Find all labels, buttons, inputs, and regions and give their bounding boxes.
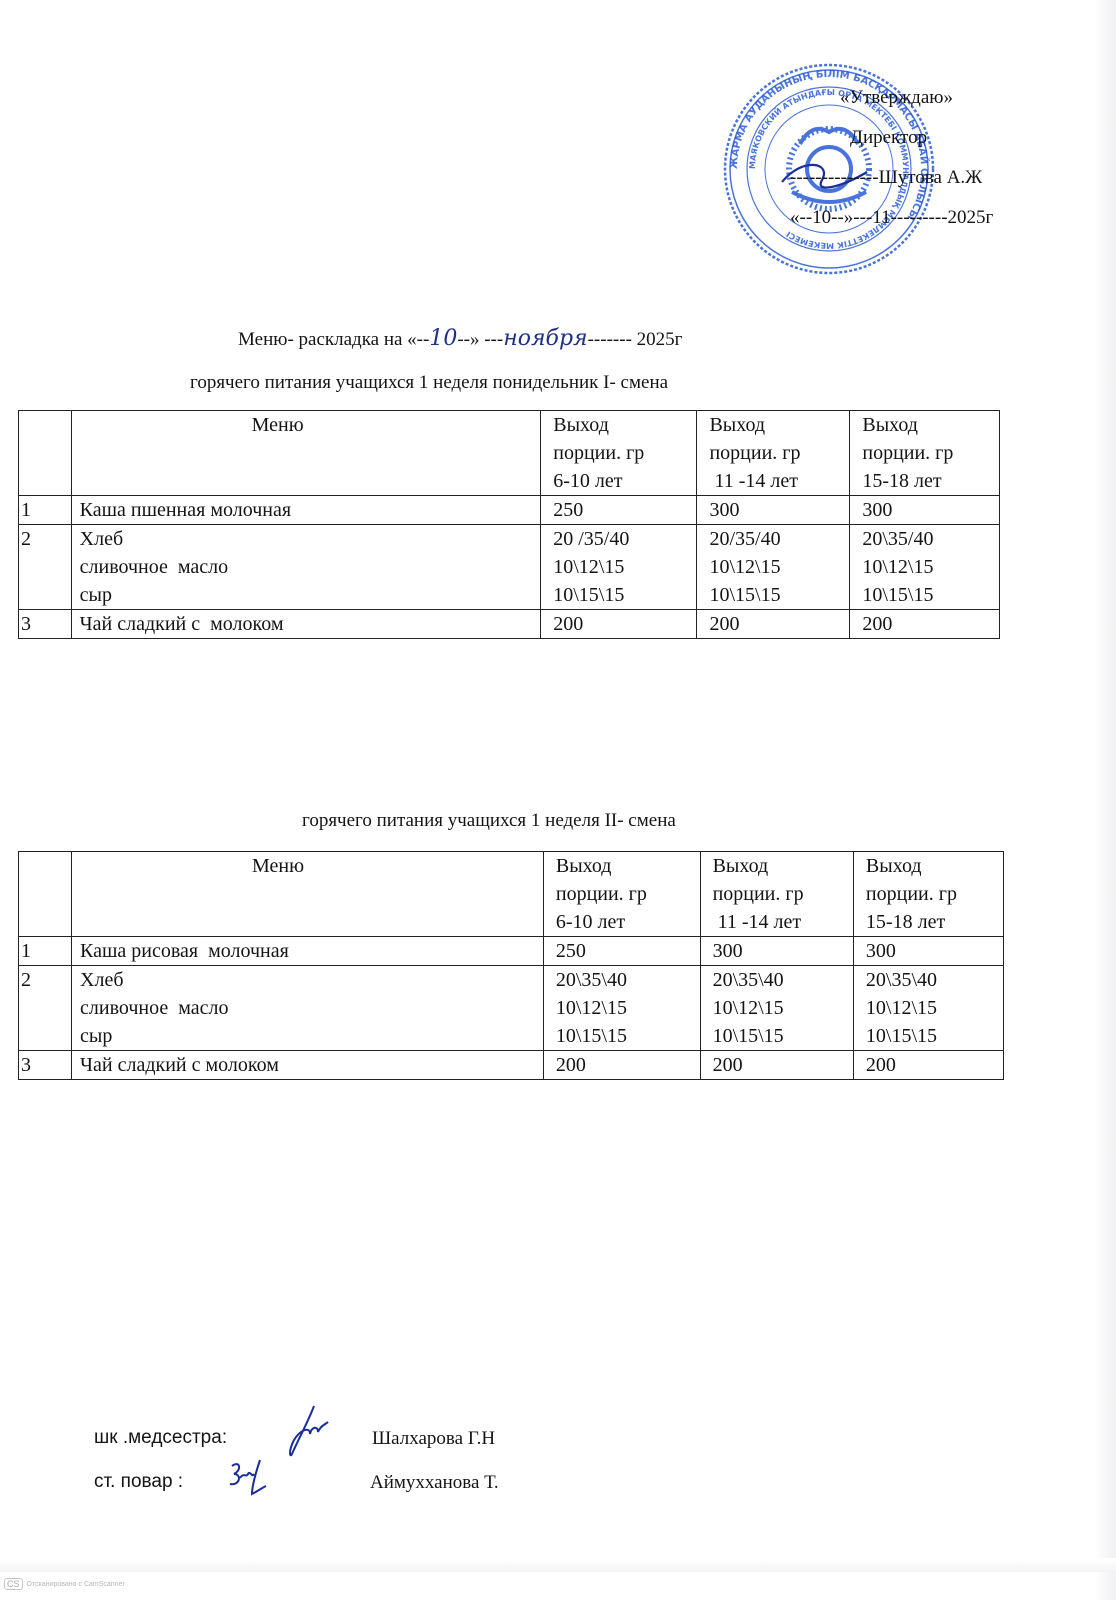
table-row: 2Хлебсливочное маслосыр20\35\4010\12\151… xyxy=(19,966,1004,1051)
shift1-menu-table: МенюВыходпорции. гр6-10 летВыходпорции. … xyxy=(18,410,1000,639)
header-portion-6-10: Выходпорции. гр6-10 лет xyxy=(541,411,697,496)
header-menu: Меню xyxy=(72,852,544,937)
title-month-handwritten: ноября xyxy=(503,326,587,351)
portion-6-10: 200 xyxy=(541,610,697,639)
portion-15-18: 300 xyxy=(850,496,1000,525)
row-number: 2 xyxy=(19,525,72,610)
portion-11-14: 20\35\4010\12\1510\15\15 xyxy=(700,966,853,1051)
table-row: 2Хлебсливочное маслосыр20 /35/4010\12\15… xyxy=(19,525,1000,610)
cook-signature xyxy=(226,1456,270,1500)
nurse-signature xyxy=(284,1404,334,1460)
row-number: 3 xyxy=(19,1051,72,1080)
portion-6-10: 20\35\4010\12\1510\15\15 xyxy=(543,966,700,1051)
approval-date: «--10--»---11---------2025г xyxy=(790,198,993,238)
shift2-menu-table: МенюВыходпорции. гр6-10 летВыходпорции. … xyxy=(18,851,1004,1080)
header-menu: Меню xyxy=(71,411,541,496)
menu-item: Хлебсливочное маслосыр xyxy=(71,525,541,610)
scanner-text: Отсканировано с CamScanner xyxy=(27,1581,125,1588)
menu-item: Каша рисовая молочная xyxy=(72,937,544,966)
title-mid: --» --- xyxy=(457,329,503,350)
portion-6-10: 250 xyxy=(541,496,697,525)
menu-item: Чай сладкий с молоком xyxy=(71,610,541,639)
portion-11-14: 300 xyxy=(700,937,853,966)
shift2-subtitle: горячего питания учащихся 1 неделя II- с… xyxy=(302,810,676,832)
menu-item: Каша пшенная молочная xyxy=(71,496,541,525)
row-number: 1 xyxy=(19,937,72,966)
portion-11-14: 200 xyxy=(697,610,850,639)
approval-heading: «Утверждаю» xyxy=(790,78,993,118)
portion-11-14: 20/35/4010\12\1510\15\15 xyxy=(697,525,850,610)
portion-11-14: 200 xyxy=(700,1051,853,1080)
bottom-edge-shadow xyxy=(0,1558,1116,1572)
shift1-subtitle: горячего питания учащихся 1 неделя понид… xyxy=(190,372,668,394)
header-portion-11-14: Выходпорции. гр 11 -14 лет xyxy=(700,852,853,937)
title-suffix: ------- 2025г xyxy=(588,329,683,350)
header-number xyxy=(19,411,72,496)
table-row: 3Чай сладкий с молоком200200200 xyxy=(19,1051,1004,1080)
document-title: Меню- раскладка на «--10--» ---ноября---… xyxy=(238,326,682,351)
cook-name: Аймухханова Т. xyxy=(370,1472,499,1494)
row-number: 3 xyxy=(19,610,72,639)
table-header-row: МенюВыходпорции. гр6-10 летВыходпорции. … xyxy=(19,411,1000,496)
portion-15-18: 200 xyxy=(850,610,1000,639)
portion-15-18: 300 xyxy=(853,937,1003,966)
portion-6-10: 250 xyxy=(543,937,700,966)
header-portion-6-10: Выходпорции. гр6-10 лет xyxy=(543,852,700,937)
portion-6-10: 200 xyxy=(543,1051,700,1080)
title-prefix: Меню- раскладка на «-- xyxy=(238,329,429,350)
title-day-handwritten: 10 xyxy=(429,326,457,351)
approval-position: Директор xyxy=(790,118,993,158)
menu-item: Чай сладкий с молоком xyxy=(72,1051,544,1080)
menu-item: Хлебсливочное маслосыр xyxy=(72,966,544,1051)
table-header-row: МенюВыходпорции. гр6-10 летВыходпорции. … xyxy=(19,852,1004,937)
row-number: 1 xyxy=(19,496,72,525)
nurse-role-label: шк .медсестра: xyxy=(94,1427,227,1449)
approval-signer: --------------Шутова А.Ж xyxy=(790,158,993,198)
row-number: 2 xyxy=(19,966,72,1051)
header-portion-15-18: Выходпорции. гр15-18 лет xyxy=(853,852,1003,937)
portion-15-18: 20\35/4010\12\1510\15\15 xyxy=(850,525,1000,610)
portion-15-18: 20\35\4010\12\1510\15\15 xyxy=(853,966,1003,1051)
camscanner-logo-icon: CS xyxy=(4,1578,23,1590)
table-row: 1Каша рисовая молочная250300300 xyxy=(19,937,1004,966)
portion-11-14: 300 xyxy=(697,496,850,525)
portion-6-10: 20 /35/4010\12\1510\15\15 xyxy=(541,525,697,610)
table-row: 3Чай сладкий с молоком200200200 xyxy=(19,610,1000,639)
portion-15-18: 200 xyxy=(853,1051,1003,1080)
page-edge-shadow xyxy=(1094,0,1116,1600)
table-row: 1Каша пшенная молочная250300300 xyxy=(19,496,1000,525)
header-number xyxy=(19,852,72,937)
header-portion-11-14: Выходпорции. гр 11 -14 лет xyxy=(697,411,850,496)
nurse-name: Шалхарова Г.Н xyxy=(372,1428,495,1450)
approval-block: «Утверждаю» Директор --------------Шутов… xyxy=(790,78,993,238)
scanner-watermark: CS Отсканировано с CamScanner xyxy=(4,1578,125,1590)
header-portion-15-18: Выходпорции. гр15-18 лет xyxy=(850,411,1000,496)
cook-role-label: ст. повар : xyxy=(94,1471,183,1493)
